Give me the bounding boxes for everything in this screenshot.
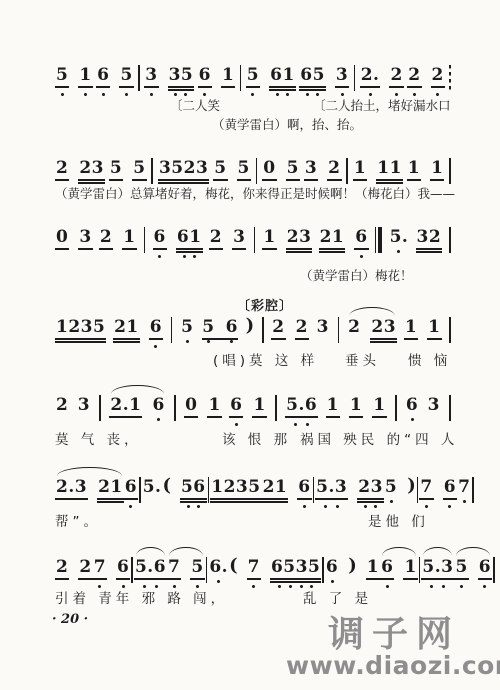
slur-arc	[423, 547, 452, 556]
note-number: 1	[405, 317, 417, 337]
note-group: )	[246, 317, 255, 335]
note-underline	[270, 581, 321, 583]
jianpu-note: 7	[419, 477, 433, 508]
octave-dot	[360, 255, 363, 258]
note-number: 1	[408, 158, 420, 178]
note-group: 5.6	[134, 557, 167, 588]
octave-dot	[386, 585, 389, 588]
octave-dot	[460, 585, 463, 588]
jianpu-note: 6	[198, 65, 212, 96]
octave-dot	[303, 505, 306, 508]
note-group: 2.2	[360, 65, 404, 96]
note-number: 6	[230, 395, 242, 415]
jianpu-note: 35	[168, 65, 195, 96]
note-underline	[443, 498, 457, 500]
note-underline	[144, 86, 158, 88]
jianpu-note: 6	[225, 317, 239, 348]
jianpu-note: 1	[366, 557, 380, 588]
note-number: 0	[56, 227, 68, 247]
octave-dots	[208, 580, 229, 583]
barline	[313, 477, 315, 503]
barline	[174, 395, 176, 421]
octave-dot	[411, 418, 414, 421]
note-underline	[370, 341, 397, 343]
note-underline	[184, 416, 198, 418]
note-group: 65	[96, 65, 134, 96]
note-group	[345, 158, 349, 184]
note-underline	[297, 498, 311, 500]
octave-dot	[430, 585, 433, 588]
jianpu-note: 3	[316, 317, 330, 348]
note-number: 1	[431, 158, 443, 178]
jianpu-note: 3	[77, 395, 91, 426]
note-underline	[213, 179, 227, 181]
jianpu-note: 6	[325, 557, 339, 588]
octave-dots	[405, 418, 419, 421]
octave-dot	[193, 255, 196, 258]
note-underline	[357, 498, 384, 500]
note-number: 6	[150, 317, 162, 337]
note-group: 03	[55, 227, 93, 258]
note-group: 5.3	[421, 557, 454, 588]
octave-dots	[96, 93, 110, 96]
jianpu-note: 7	[167, 557, 181, 588]
note-underline	[478, 578, 492, 580]
slur-arc	[456, 547, 490, 556]
jianpu-note: 3	[427, 395, 441, 426]
jianpu-note: 7	[457, 477, 471, 508]
jianpu-note: 6	[405, 395, 419, 426]
barline	[206, 557, 208, 583]
note-group: 5.	[389, 227, 410, 258]
lyric-text: 帮”。	[55, 510, 101, 530]
jianpu-note: 2.1	[109, 395, 142, 426]
note-underline	[286, 248, 313, 250]
note-underline	[180, 498, 207, 500]
octave-dot	[463, 500, 466, 503]
note-underline	[354, 248, 368, 250]
slur-arc	[382, 547, 416, 556]
note-underline	[153, 248, 167, 250]
jianpu-note: 1	[427, 317, 441, 348]
note-underline	[207, 416, 221, 418]
octave-dot	[364, 505, 367, 508]
octave-dot	[390, 500, 393, 503]
jianpu-note: 1	[207, 395, 221, 426]
octave-dots	[225, 340, 239, 343]
octave-dots	[269, 93, 296, 96]
note-underline	[286, 251, 313, 253]
note-number: 6	[199, 65, 211, 85]
note-number: 1	[123, 227, 135, 247]
note-number: 5	[191, 557, 203, 577]
note-underline	[237, 179, 251, 181]
octave-dots	[55, 93, 69, 96]
note-underline	[116, 578, 130, 580]
octave-dot	[306, 93, 309, 96]
note-underline	[419, 498, 433, 500]
jianpu-note: 3	[232, 227, 246, 258]
note-underline	[198, 86, 212, 88]
jianpu-note: 6	[151, 395, 165, 426]
note-underline	[109, 416, 142, 418]
octave-dots	[297, 505, 311, 508]
jianpu-note: 5.3	[421, 557, 454, 588]
note-group: 123	[262, 227, 312, 258]
jianpu-note: 1	[262, 227, 276, 258]
octave-dot	[306, 423, 309, 426]
note-underline	[180, 501, 207, 503]
barline-thin	[375, 227, 377, 253]
jianpu-note: 6	[443, 477, 457, 508]
note-number: 6	[479, 557, 491, 577]
note-number: 0	[263, 158, 275, 178]
octave-dot	[186, 340, 189, 343]
note-underline	[55, 179, 69, 181]
jianpu-note: 65	[299, 65, 326, 96]
jianpu-note: 2	[55, 557, 69, 588]
note-underline	[176, 248, 203, 250]
barline	[338, 317, 340, 343]
octave-dots	[119, 93, 133, 96]
lyric-text: 引着 青年 邪 路 闯，	[55, 587, 228, 607]
note-underline	[357, 501, 384, 503]
note-number: 6	[226, 317, 238, 337]
jianpu-note: 2	[271, 317, 285, 348]
note-group	[170, 317, 174, 343]
note-underline	[78, 179, 105, 181]
barline	[346, 158, 348, 184]
note-number: 6	[154, 227, 166, 247]
barline	[144, 227, 146, 253]
note-group	[353, 65, 357, 91]
octave-dots	[247, 585, 261, 588]
octave-dots	[354, 255, 368, 258]
parenthesis: )	[246, 317, 255, 335]
note-underline	[262, 501, 289, 503]
note-underline	[271, 338, 285, 340]
lyric-text: (唱)莫 这 样	[213, 349, 318, 369]
lyric-text: 垂头	[345, 349, 380, 369]
octave-dot	[289, 585, 292, 588]
note-group: 5.6	[285, 395, 318, 426]
jianpu-note: 6	[116, 557, 130, 588]
slur-arc	[349, 307, 395, 316]
octave-dots	[478, 585, 492, 588]
note-group	[255, 158, 259, 184]
note-number: 2	[210, 227, 222, 247]
note-underline	[176, 251, 203, 253]
lyric-text: 乱 了 是	[303, 587, 372, 607]
lyric-text: 祸国 殃民 的“四 人	[300, 428, 458, 448]
jianpu-note: 2	[389, 65, 403, 96]
note-group: 7	[457, 477, 471, 508]
jianpu-note: 2.3	[55, 477, 88, 508]
octave-dot	[278, 585, 281, 588]
note-number: 6	[381, 557, 393, 577]
note-group: 216	[262, 477, 312, 508]
note-underline	[55, 341, 106, 343]
note-number: 23	[287, 227, 312, 247]
jianpu-note: 6	[478, 557, 492, 588]
spoken-text: （黄学雷白）总算堵好着，梅花，你来得正是时候啊！（梅花白）我——	[55, 184, 455, 202]
note-number: 6	[326, 557, 338, 577]
note-group	[274, 395, 278, 421]
note-underline	[421, 578, 454, 580]
note-number: 2	[390, 65, 402, 85]
note-number: 5	[385, 477, 397, 497]
note-number: 5.6	[286, 395, 317, 415]
note-group: 5	[180, 317, 194, 348]
octave-dots	[389, 250, 410, 253]
octave-dot	[154, 345, 157, 348]
note-group: 3	[427, 395, 441, 426]
note-underline	[149, 338, 163, 340]
slur-arc	[136, 547, 165, 556]
octave-dots	[384, 500, 398, 503]
jianpu-note: 2	[78, 557, 92, 588]
label-text: 〔彩腔〕	[237, 295, 293, 314]
note-group: 1235	[210, 477, 261, 508]
note-number: 5	[56, 65, 68, 85]
score-line-1: 5165335615616532.222	[55, 53, 452, 96]
note-underline	[269, 86, 296, 88]
jianpu-note: 1	[349, 395, 363, 426]
octave-dots	[176, 255, 203, 258]
note-underline	[353, 179, 367, 181]
note-underline	[366, 578, 380, 580]
octave-dot	[217, 580, 220, 583]
jianpu-note: 1235	[55, 317, 106, 348]
note-group: 56	[454, 557, 492, 588]
note-group: 6)1	[325, 557, 380, 588]
note-underline	[247, 578, 261, 580]
note-underline	[389, 86, 403, 88]
note-underline	[168, 89, 195, 91]
note-underline	[370, 338, 397, 340]
note-underline	[262, 498, 289, 500]
note-underline	[246, 86, 260, 88]
octave-dots	[315, 505, 348, 508]
note-underline	[210, 501, 261, 503]
jianpu-note: 61	[176, 227, 203, 258]
note-underline	[285, 416, 318, 418]
note-number: 11	[377, 158, 402, 178]
note-number: 2.	[361, 65, 380, 85]
note-number: 2.3	[56, 477, 87, 497]
note-underline	[55, 248, 69, 250]
note-number: 21	[320, 227, 345, 247]
note-number: 1	[404, 557, 416, 577]
jianpu-note: 6	[380, 557, 394, 588]
jianpu-note: 6	[229, 395, 243, 426]
note-group	[173, 395, 177, 421]
note-underline	[427, 338, 441, 340]
note-number: 23	[358, 477, 383, 497]
octave-dots	[285, 423, 318, 426]
octave-dot	[102, 93, 105, 96]
note-group: 1235	[55, 317, 106, 348]
note-group: 653	[299, 65, 349, 96]
slur-arc	[169, 547, 203, 556]
note-underline	[97, 501, 124, 503]
note-underline	[407, 179, 421, 181]
note-number: 1	[428, 317, 440, 337]
barline	[472, 477, 474, 503]
note-underline	[232, 248, 246, 250]
sheet-music-page: 5165335615616532.22222355352355053211111…	[0, 0, 500, 690]
note-number: 7	[94, 557, 106, 577]
note-underline	[404, 338, 418, 340]
octave-dot	[374, 505, 377, 508]
note-number: 6	[117, 557, 129, 577]
barline	[493, 557, 495, 583]
jianpu-note: 21	[97, 477, 124, 508]
note-group: (56	[162, 477, 206, 508]
jianpu-note: 5.	[142, 477, 163, 508]
barline	[254, 227, 256, 253]
note-group	[448, 65, 452, 91]
jianpu-note: 3	[78, 227, 92, 258]
note-group: 22	[271, 317, 309, 348]
octave-dot	[235, 423, 238, 426]
note-number: 7	[458, 477, 470, 497]
octave-dots	[421, 585, 454, 588]
octave-dot	[483, 585, 486, 588]
note-number: 21	[98, 477, 123, 497]
jianpu-note: 5.6	[285, 395, 318, 426]
note-group: 6.	[208, 557, 229, 588]
note-number: 2	[56, 557, 68, 577]
note-underline	[327, 179, 341, 181]
note-underline	[403, 578, 417, 580]
octave-dots	[153, 255, 167, 258]
octave-dots	[454, 585, 468, 588]
score-line-2: 22355352355053211111	[55, 146, 452, 189]
note-number: 3	[305, 158, 317, 178]
jianpu-note: 1	[221, 65, 235, 96]
octave-dot	[125, 93, 128, 96]
note-underline	[97, 498, 124, 500]
note-group: 51	[55, 65, 93, 96]
octave-dots	[144, 93, 158, 96]
jianpu-note: 5	[246, 65, 260, 96]
note-underline	[190, 578, 204, 580]
octave-dots	[457, 500, 471, 503]
note-number: 2	[56, 158, 68, 178]
octave-dot	[157, 418, 160, 421]
note-underline	[430, 179, 444, 181]
note-number: 5	[133, 158, 145, 178]
score-line-6: 2.32165.(5612352165.3235)767	[55, 465, 452, 508]
note-underline	[262, 179, 276, 181]
jianpu-note: 2	[99, 227, 113, 258]
note-number: 1	[327, 395, 339, 415]
barline	[275, 395, 277, 421]
note-group: 5.	[142, 477, 163, 508]
jianpu-note: 5	[190, 557, 204, 588]
note-group: 56	[201, 317, 239, 348]
barline-thick	[378, 227, 382, 253]
barline	[322, 557, 324, 583]
barline	[419, 557, 421, 583]
note-underline	[119, 86, 133, 88]
note-number: 65	[300, 65, 325, 85]
octave-dot	[397, 250, 400, 253]
jianpu-note: 6	[153, 227, 167, 258]
jianpu-note: 32	[416, 227, 443, 258]
note-number: 6535	[271, 557, 320, 577]
note-number: 5	[238, 158, 250, 178]
note-number: 61	[270, 65, 295, 85]
note-number: 3	[145, 65, 157, 85]
jianpu-note: 1	[404, 317, 418, 348]
note-number: 6	[355, 227, 367, 247]
note-underline	[124, 498, 138, 500]
note-underline	[295, 338, 309, 340]
note-group	[448, 395, 452, 421]
stage-text: 〔二人笑	[170, 96, 220, 114]
barline	[354, 65, 356, 91]
note-underline	[99, 248, 113, 250]
jianpu-note: 1	[326, 395, 340, 426]
note-number: 2	[56, 395, 68, 415]
note-underline	[319, 251, 346, 253]
octave-dots	[443, 505, 457, 508]
note-group	[337, 317, 341, 343]
note-underline	[229, 416, 243, 418]
note-group: 5.323	[315, 477, 384, 508]
note-group: 61	[198, 65, 236, 96]
note-group: 22	[407, 65, 445, 96]
note-group: 223	[347, 317, 397, 348]
note-number: 6	[406, 395, 418, 415]
note-underline	[349, 416, 363, 418]
note-underline	[262, 248, 276, 250]
jianpu-note: 1	[78, 65, 92, 96]
jianpu-note: 23	[286, 227, 313, 258]
note-number: 5	[455, 557, 467, 577]
note-underline	[55, 86, 69, 88]
note-group: 111	[326, 395, 387, 426]
note-number: 23	[79, 158, 104, 178]
note-number: 5	[214, 158, 226, 178]
barline-double	[375, 227, 383, 253]
barline	[131, 557, 133, 583]
note-underline	[209, 248, 223, 250]
note-underline	[376, 179, 403, 181]
score-line-5: 232.1601615.611163	[55, 383, 452, 426]
barline	[417, 477, 419, 503]
note-number: 6	[97, 65, 109, 85]
lyric-text: 愦 恼	[408, 349, 451, 369]
note-underline	[454, 578, 468, 580]
note-group: 216	[319, 227, 369, 258]
note-group	[471, 477, 475, 503]
note-group: 3	[77, 395, 91, 426]
barline	[449, 227, 451, 253]
note-number: 1235	[211, 477, 260, 497]
note-group	[375, 227, 383, 253]
octave-dot	[336, 505, 339, 508]
note-underline	[326, 416, 340, 418]
note-number: 7	[248, 557, 260, 577]
jianpu-note: 0	[184, 395, 198, 426]
note-underline	[270, 578, 321, 580]
octave-dot	[448, 505, 451, 508]
jianpu-note: 5	[384, 477, 398, 508]
note-underline	[134, 578, 167, 580]
